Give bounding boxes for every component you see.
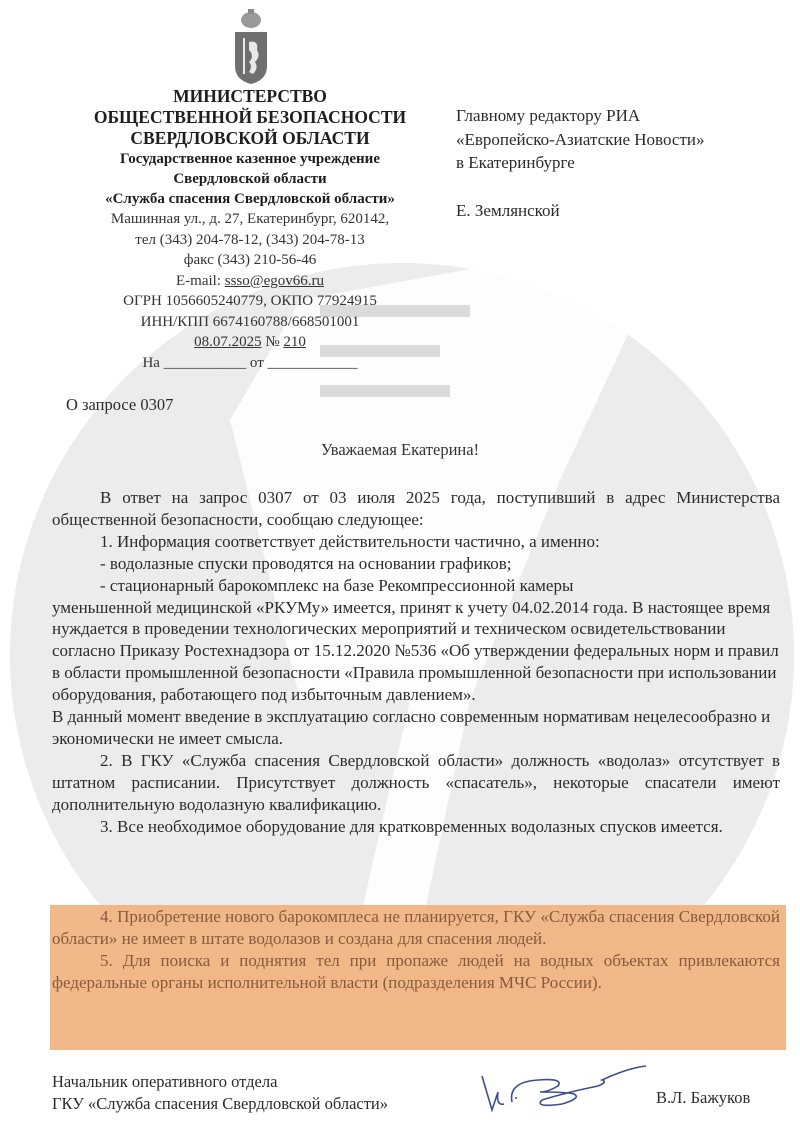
org-ministry-line: ОБЩЕСТВЕННОЙ БЕЗОПАСНОСТИ <box>60 107 440 128</box>
recipient-line: в Екатеринбурге <box>456 151 786 175</box>
org-inn: ИНН/КПП 6674160788/668501001 <box>60 312 440 333</box>
letter-date: 08.07.2025 <box>194 334 262 350</box>
body-item-1c: В данный момент введение в эксплуатацию … <box>52 706 780 750</box>
number-label: № <box>262 334 284 350</box>
body-item-1b-first: - стационарный барокомплекс на базе Реко… <box>52 575 780 597</box>
letter-subject: О запросе 0307 <box>66 395 173 415</box>
org-ogrn: ОГРН 1056605240779, ОКПО 77924915 <box>60 291 440 312</box>
body-intro: В ответ на запрос 0307 от 03 июля 2025 г… <box>52 487 780 531</box>
body-item-4: 4. Приобретение нового барокомплеса не п… <box>52 906 780 950</box>
handwritten-signature-icon <box>478 1062 648 1122</box>
org-ministry-line: МИНИСТЕРСТВО <box>60 86 440 107</box>
body-item-1a: - водолазные спуски проводятся на основа… <box>52 553 780 575</box>
org-fax: факс (343) 210-56-46 <box>60 250 440 271</box>
letter-number: 210 <box>283 334 306 350</box>
signer-position-line2: ГКУ «Служба спасения Свердловской област… <box>52 1093 388 1115</box>
signer-name: В.Л. Бажуков <box>656 1088 750 1108</box>
org-institution-line: Свердловской области <box>60 169 440 189</box>
org-address: Машинная ул., д. 27, Екатеринбург, 62014… <box>60 209 440 230</box>
recipient-block: Главному редактору РИА «Европейско-Азиат… <box>456 104 786 222</box>
sender-organization-block: МИНИСТЕРСТВО ОБЩЕСТВЕННОЙ БЕЗОПАСНОСТИ С… <box>60 86 440 373</box>
letter-date-number: 08.07.2025 № 210 <box>60 332 440 353</box>
org-phones: тел (343) 204-78-12, (343) 204-78-13 <box>60 230 440 251</box>
body-item-2: 2. В ГКУ «Служба спасения Свердловской о… <box>52 750 780 816</box>
body-item-1b-rest: уменьшенной медицинской «РКУМу» имеется,… <box>52 597 780 707</box>
letter-page: МИНИСТЕРСТВО ОБЩЕСТВЕННОЙ БЕЗОПАСНОСТИ С… <box>0 0 800 1143</box>
signer-position-line1: Начальник оперативного отдела <box>52 1071 388 1093</box>
org-email-line: E-mail: ssso@egov66.ru <box>60 271 440 292</box>
email-label: E-mail: <box>176 273 225 289</box>
email-link[interactable]: ssso@egov66.ru <box>225 273 324 289</box>
recipient-line: Главному редактору РИА <box>456 104 786 128</box>
highlighted-text: 4. Приобретение нового барокомплеса не п… <box>52 906 780 994</box>
org-institution-line: «Служба спасения Свердловской области» <box>60 189 440 209</box>
body-item-1: 1. Информация соответствует действительн… <box>52 531 780 553</box>
signature-block: Начальник оперативного отдела ГКУ «Служб… <box>52 1071 388 1115</box>
body-item-3: 3. Все необходимое оборудование для крат… <box>52 816 780 838</box>
recipient-name: Е. Землянской <box>456 199 786 223</box>
letter-greeting: Уважаемая Екатерина! <box>0 440 800 460</box>
org-institution-line: Государственное казенное учреждение <box>60 149 440 169</box>
body-item-5: 5. Для поиска и поднятия тел при пропаже… <box>52 950 780 994</box>
recipient-line: «Европейско-Азиатские Новости» <box>456 128 786 152</box>
coat-of-arms-sverdlovsk-icon <box>231 8 271 86</box>
letter-body: В ответ на запрос 0307 от 03 июля 2025 г… <box>52 487 780 838</box>
org-ministry-line: СВЕРДЛОВСКОЙ ОБЛАСТИ <box>60 128 440 149</box>
reference-line: На ___________ от ____________ <box>60 353 440 374</box>
